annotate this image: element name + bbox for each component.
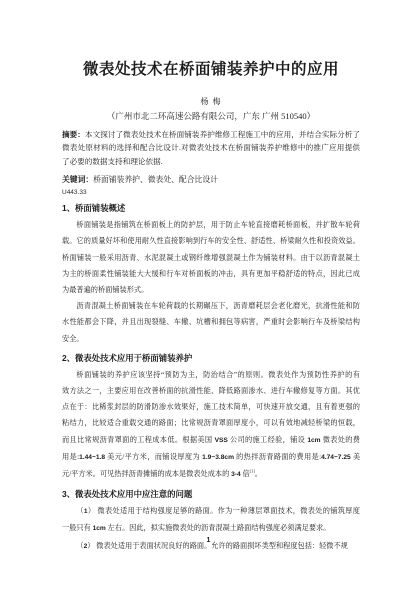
- text-line: （1） 微表处适用于结构强度足够的路面。作为一种薄层罩面技术，微表处的铺筑厚度: [62, 503, 360, 520]
- text-line: 点在于：比稀浆封层的防滑防渗水效果好，施工技术简单，可快速开放交通，且有着更强的: [62, 399, 360, 415]
- latin-text: 3-4: [231, 471, 241, 478]
- latin-text: 4.74~7.25: [321, 454, 351, 461]
- abstract: 摘要：本文探讨了微表处技术在桥面铺装养护维修工程施工中的应用，并结合实际分析了微…: [62, 128, 360, 168]
- section-heading: 1、桥面铺装概述: [62, 200, 360, 217]
- section-heading: 2、微表处技术应用于桥面铺装养护: [62, 350, 360, 367]
- text-line: 效方法之一，主要应用在改善桥面的抗滑性能、降低路面渗水、进行车辙修复等方面。其优: [62, 383, 360, 399]
- latin-text: 1cm: [93, 525, 106, 532]
- abstract-label: 摘要：: [62, 130, 85, 139]
- text-line: 用是:1.44~1.8 美元/平方米，而铺设厚度为 1.9~3.8cm 的热拌沥…: [62, 449, 360, 466]
- page-number: 1: [0, 536, 417, 546]
- author-name: 杨 梅: [62, 96, 360, 107]
- paragraph: 桥面铺装的养护应该坚持“预防为主，防治结合”的原则。微表处作为预防性养护的有效方…: [62, 367, 360, 483]
- text-line: 而且比常规沥青罩面的工程成本低。根据美国 VSS 公司的施工经验，铺设 1cm …: [62, 432, 360, 449]
- text-line: 桥面铺装一般采用沥青、水泥混凝土或钢纤维增强混凝土作为铺装材料。由于以沥青混凝土: [62, 250, 360, 266]
- keywords-label: 关键词：: [62, 175, 93, 184]
- text-line: 桥面铺装是指铺筑在桥面板上的防护层，用于防止车轮直接磨耗桥面板，并扩散车轮荷: [62, 217, 360, 233]
- paragraph: （1） 微表处适用于结构强度足够的路面。作为一种薄层罩面技术，微表处的铺筑厚度一…: [62, 503, 360, 537]
- text-line: 元/平方米。可见热拌沥青摊铺的成本是微表处成本的 3-4 倍[1]。: [62, 466, 360, 483]
- latin-text: 1cm: [307, 437, 320, 444]
- paragraph: 沥青混凝土桥面铺装在车轮荷载的长期碾压下，沥青磨耗层会老化磨光，抗滑性能和防水性…: [62, 298, 360, 347]
- text-line: 桥面铺装的养护应该坚持“预防为主，防治结合”的原则。微表处作为预防性养护的有: [62, 367, 360, 383]
- latin-text: 1.44~1.8: [79, 454, 105, 461]
- keywords: 关键词：桥面铺装养护、微表处、配合比设计: [62, 174, 360, 185]
- abstract-text: 本文探讨了微表处技术在桥面铺装养护维修工程施工中的应用，并结合实际分析了微表处原…: [62, 130, 360, 166]
- clc-number: U443.33: [62, 188, 360, 197]
- text-line: 水性能都会下降，并且出现裂缝、车辙、坑槽和拥包等病害，严重时会影响行车及桥梁结构: [62, 314, 360, 330]
- paper-title: 微表处技术在桥面铺装养护中的应用: [62, 60, 360, 80]
- latin-text: 1: [84, 508, 88, 515]
- paragraph: 桥面铺装是指铺筑在桥面板上的防护层，用于防止车轮直接磨耗桥面板，并扩散车轮荷载。…: [62, 217, 360, 298]
- sections-container: 1、桥面铺装概述桥面铺装是指铺筑在桥面板上的防护层，用于防止车轮直接磨耗桥面板，…: [62, 200, 360, 555]
- citation-ref: [1]: [250, 469, 255, 474]
- text-line: 安全。: [62, 331, 360, 347]
- author-affiliation: （广州市北二环高速公路有限公司，广东 广州 510540）: [62, 111, 360, 122]
- text-line: 为最普遍的桥面铺装形式。: [62, 282, 360, 298]
- keywords-text: 桥面铺装养护、微表处、配合比设计: [93, 175, 218, 184]
- text-line: 载。它的质量好坏和使用耐久性直接影响到行车的安全性、舒适性、桥梁耐久性和投资效益…: [62, 233, 360, 249]
- latin-text: VSS: [215, 437, 228, 444]
- text-line: 为主的桥面柔性铺装能大大缓和行车对桥面板的冲击，具有更加平稳舒适的特点，因此已成: [62, 266, 360, 282]
- latin-text: 1.9~3.8cm: [202, 454, 234, 461]
- section-heading: 3、微表处技术应用中应注意的问题: [62, 486, 360, 503]
- paper-page: 微表处技术在桥面铺装养护中的应用 杨 梅 （广州市北二环高速公路有限公司，广东 …: [0, 0, 417, 590]
- text-line: 沥青混凝土桥面铺装在车轮荷载的长期碾压下，沥青磨耗层会老化磨光，抗滑性能和防: [62, 298, 360, 314]
- text-line: 粘结力，比较适合重载交通的路面；比常规沥青罩面厚度小，可以有效地减轻桥梁的恒载，: [62, 415, 360, 431]
